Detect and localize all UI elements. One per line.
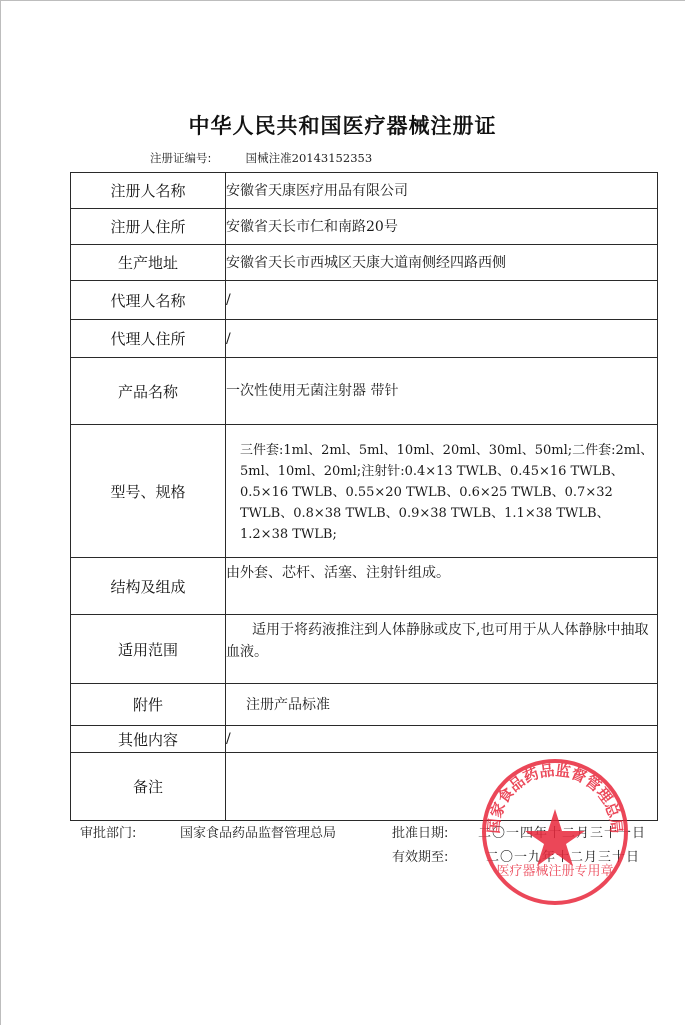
table-row-model-spec: 型号、规格 三件套:1ml、2ml、5ml、10ml、20ml、30ml、50m… — [71, 425, 658, 558]
row-value: 安徽省天长市西城区天康大道南侧经四路西侧 — [226, 245, 658, 281]
valid-until-label: 有效期至: — [392, 846, 448, 865]
row-label: 注册人名称 — [71, 173, 226, 209]
row-label: 注册人住所 — [71, 209, 226, 245]
table-row-structure: 结构及组成 由外套、芯杆、活塞、注射针组成。 — [71, 558, 658, 615]
row-value: 一次性使用无菌注射器 带针 — [226, 358, 658, 425]
row-label: 产品名称 — [71, 358, 226, 425]
cert-number: 注册证编号: 国械注准20143152353 — [150, 150, 372, 166]
table-row-production-address: 生产地址 安徽省天长市西城区天康大道南侧经四路西侧 — [71, 245, 658, 281]
table-row-attachment: 附件 注册产品标准 — [71, 684, 658, 726]
row-value: 由外套、芯杆、活塞、注射针组成。 — [226, 558, 658, 615]
page-edge-left — [0, 0, 1, 1025]
row-label: 适用范围 — [71, 615, 226, 684]
row-value: / — [226, 320, 658, 358]
table-row-scope: 适用范围 适用于将药液推注到人体静脉或皮下,也可用于从人体静脉中抽取血液。 — [71, 615, 658, 684]
cert-number-label: 注册证编号: — [150, 150, 242, 166]
row-label: 生产地址 — [71, 245, 226, 281]
page-edge-top — [0, 0, 685, 1]
registration-table: 注册人名称 安徽省天康医疗用品有限公司 注册人住所 安徽省天长市仁和南路20号 … — [70, 172, 658, 821]
row-label: 型号、规格 — [71, 425, 226, 558]
row-label: 附件 — [71, 684, 226, 726]
row-label: 代理人名称 — [71, 281, 226, 320]
approval-dept-label: 审批部门: — [80, 822, 136, 841]
row-label: 代理人住所 — [71, 320, 226, 358]
approval-date-label: 批准日期: — [392, 822, 448, 841]
row-label: 备注 — [71, 753, 226, 821]
row-value — [226, 753, 658, 821]
table-row-agent-name: 代理人名称 / — [71, 281, 658, 320]
table-row-product-name: 产品名称 一次性使用无菌注射器 带针 — [71, 358, 658, 425]
table-row-other: 其他内容 / — [71, 726, 658, 753]
scope-text: 适用于将药液推注到人体静脉或皮下,也可用于从人体静脉中抽取血液。 — [226, 619, 657, 663]
seal-inner-text: 医疗器械注册专用章 — [496, 863, 613, 879]
row-value: / — [226, 726, 658, 753]
row-label: 其他内容 — [71, 726, 226, 753]
document-title: 中华人民共和国医疗器械注册证 — [0, 110, 685, 140]
table-row-registrant-name: 注册人名称 安徽省天康医疗用品有限公司 — [71, 173, 658, 209]
table-row-agent-address: 代理人住所 / — [71, 320, 658, 358]
row-value: / — [226, 281, 658, 320]
row-value: 安徽省天康医疗用品有限公司 — [226, 173, 658, 209]
row-value: 三件套:1ml、2ml、5ml、10ml、20ml、30ml、50ml;二件套:… — [226, 425, 658, 558]
row-value: 适用于将药液推注到人体静脉或皮下,也可用于从人体静脉中抽取血液。 — [226, 615, 658, 684]
row-value: 安徽省天长市仁和南路20号 — [226, 209, 658, 245]
cert-number-value: 国械注准20143152353 — [246, 151, 372, 165]
approval-date-value: 二〇一四年十二月三十一日 — [478, 822, 646, 841]
table-row-remarks: 备注 — [71, 753, 658, 821]
row-label: 结构及组成 — [71, 558, 226, 615]
row-value: 注册产品标准 — [226, 684, 658, 726]
table-row-registrant-address: 注册人住所 安徽省天长市仁和南路20号 — [71, 209, 658, 245]
approval-dept-value: 国家食品药品监督管理总局 — [180, 822, 336, 841]
valid-until-value: 二〇一九年十二月三十日 — [486, 846, 640, 865]
